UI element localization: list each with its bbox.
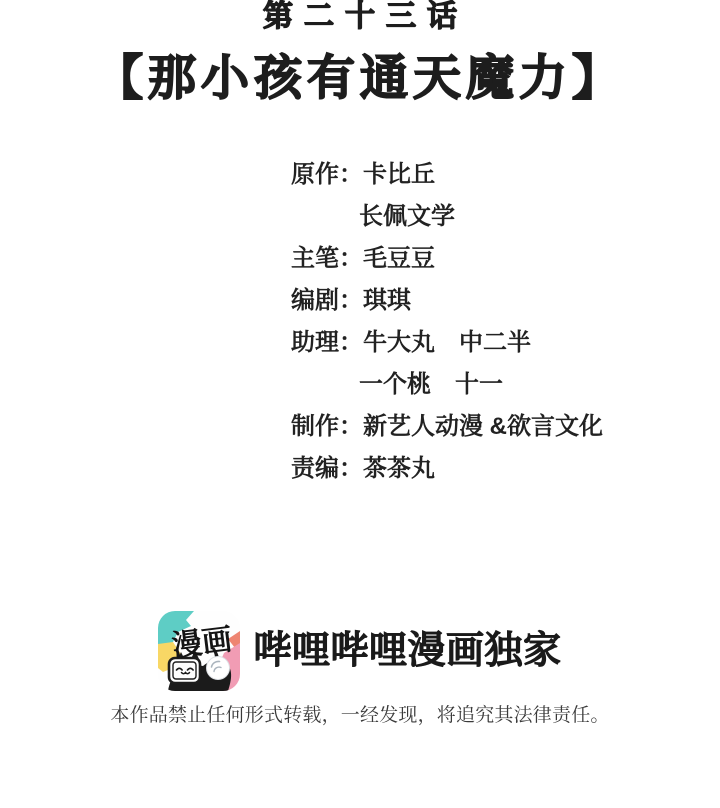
copyright-disclaimer: 本作品禁止任何形式转载，一经发现，将追究其法律责任。 [0, 704, 720, 727]
publisher-row: 漫画 哔哩哔哩漫画独家 [0, 611, 720, 691]
credit-line-assistants-2: 一个桃 十一 [291, 372, 603, 396]
chapter-number-title: 第二十三话 [0, 1, 720, 33]
credit-line-editor: 责编：茶茶丸 [291, 456, 603, 480]
credit-line-script: 编剧：琪琪 [291, 288, 603, 312]
manga-credits-page: 第二十三话 【那小孩有通天魔力】 原作：卡比丘 长佩文学 主笔：毛豆豆 编剧：琪… [0, 0, 720, 808]
credits-list: 原作：卡比丘 长佩文学 主笔：毛豆豆 编剧：琪琪 助理：牛大丸 中二半 一个桃 … [291, 162, 603, 498]
credit-line-production: 制作：新艺人动漫 &欲言文化 [291, 414, 603, 438]
credit-line-original-author: 原作：卡比丘 [291, 162, 603, 186]
credit-line-assistants: 助理：牛大丸 中二半 [291, 330, 603, 354]
episode-title: 【那小孩有通天魔力】 [0, 53, 720, 105]
credit-line-original-publisher: 长佩文学 [291, 204, 603, 228]
bilibili-manga-app-icon: 漫画 [158, 611, 240, 691]
credit-line-lead-artist: 主笔：毛豆豆 [291, 246, 603, 270]
exclusive-publisher-label: 哔哩哔哩漫画独家 [253, 631, 561, 671]
